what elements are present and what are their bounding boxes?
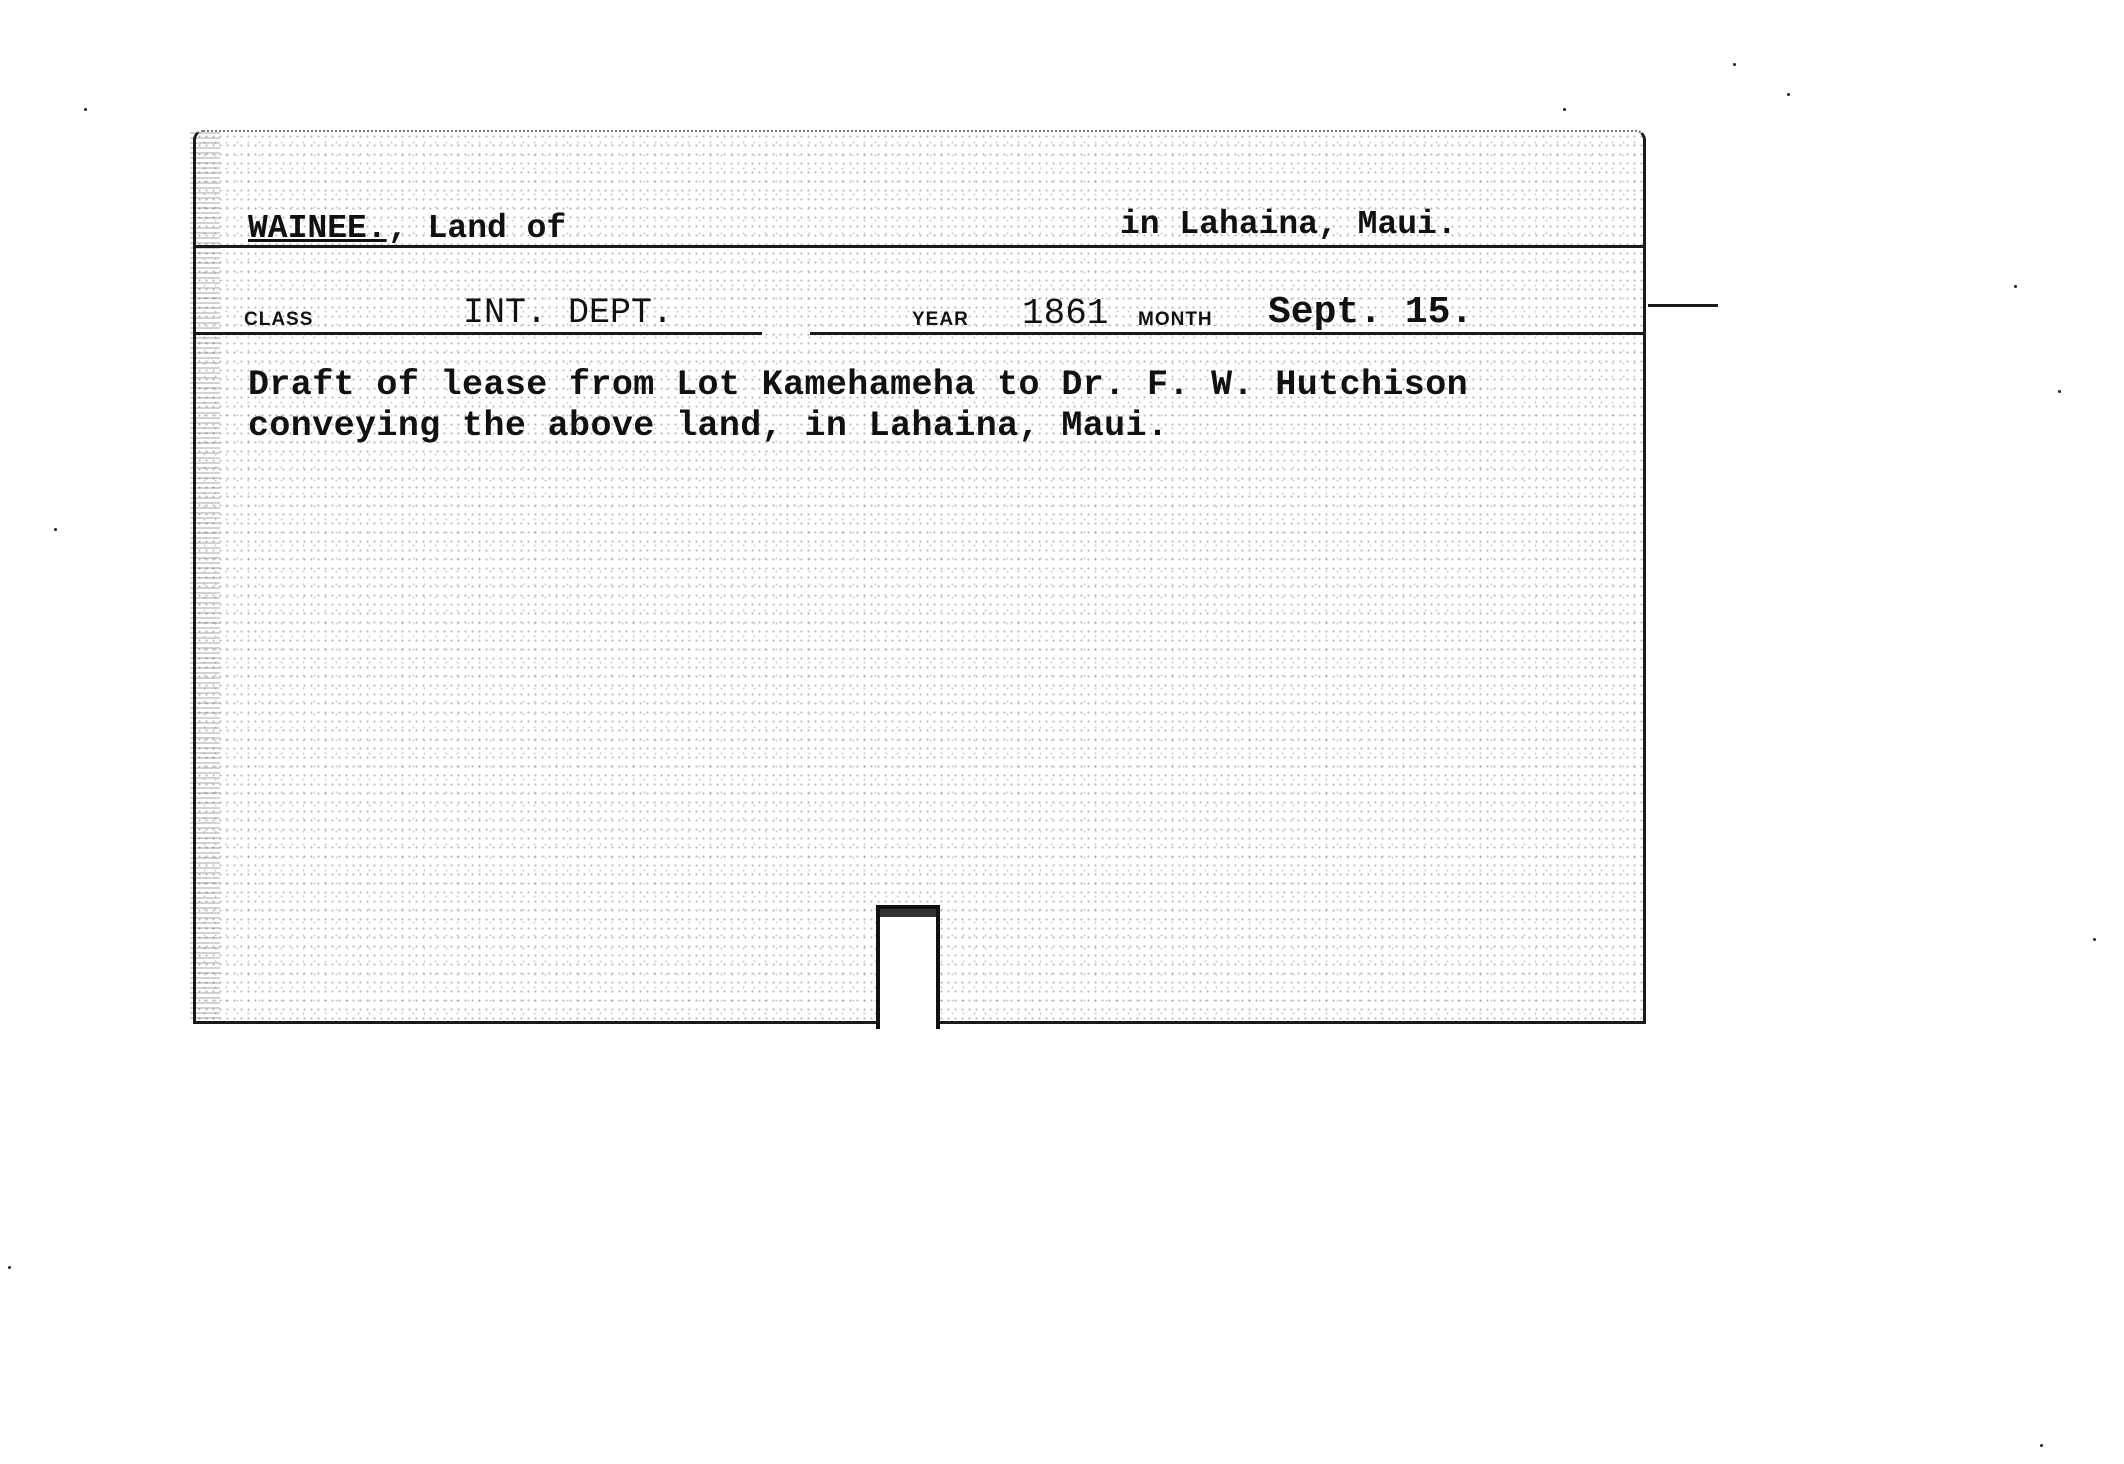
land-label: , Land of xyxy=(388,212,566,245)
class-label: CLASS xyxy=(244,310,313,329)
year-value: 1861 xyxy=(1022,296,1108,332)
scan-speck xyxy=(2058,390,2061,393)
scan-speck xyxy=(54,528,57,531)
scan-speck xyxy=(2014,285,2017,288)
description-line-2: conveying the above land, in Lahaina, Ma… xyxy=(248,409,1168,444)
card-divider-tick xyxy=(1648,304,1718,307)
location: in Lahaina, Maui. xyxy=(1120,208,1457,241)
month-value: Sept. 15. xyxy=(1268,294,1473,332)
month-label: MONTH xyxy=(1138,310,1213,329)
date-underline xyxy=(810,332,1646,335)
scan-speck xyxy=(8,1266,11,1269)
card-edge-texture xyxy=(190,132,220,1021)
scan-speck xyxy=(2093,938,2096,941)
land-name: WAINEE. xyxy=(248,212,387,245)
notch-cap xyxy=(880,909,936,917)
card-notch xyxy=(876,905,940,1029)
scan-speck xyxy=(1787,93,1790,96)
year-label: YEAR xyxy=(912,310,969,329)
index-card xyxy=(193,130,1646,1024)
scan-speck xyxy=(2040,1444,2043,1447)
class-value: INT. DEPT. xyxy=(463,296,673,331)
scan-speck xyxy=(1563,108,1566,111)
scan-speck xyxy=(1733,63,1736,66)
description-line-1: Draft of lease from Lot Kamehameha to Dr… xyxy=(248,368,1468,403)
scan-speck xyxy=(84,108,87,111)
